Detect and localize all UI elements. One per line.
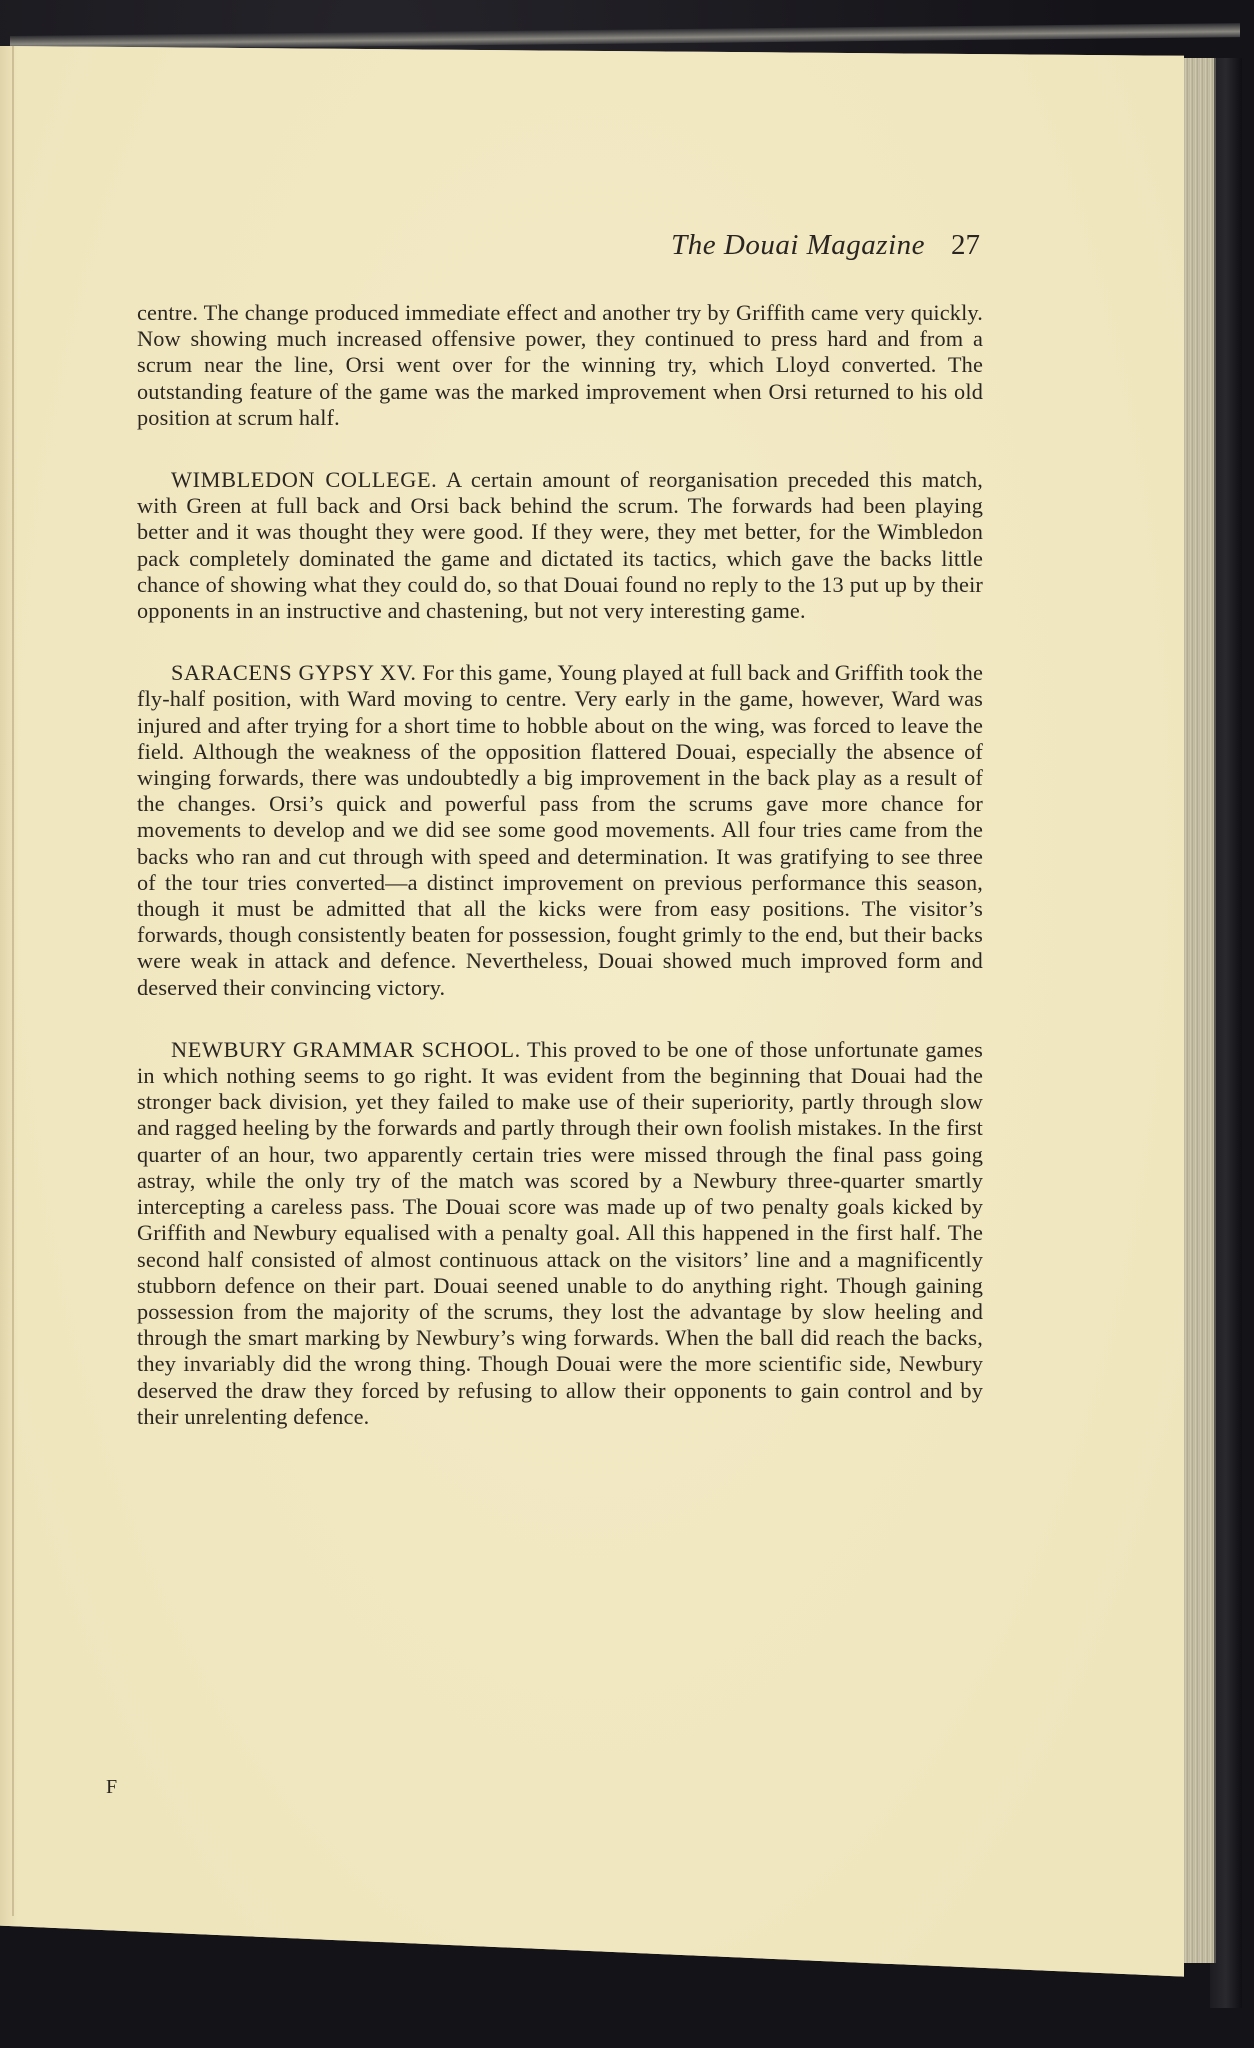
paragraph-newbury: NEWBURY GRAMMAR SCHOOL. This proved to b… <box>137 1037 983 1430</box>
match-heading: SARACENS GYPSY XV. <box>171 660 417 685</box>
paragraph-text: This proved to be one of those unfortuna… <box>137 1037 983 1429</box>
paragraph-wimbledon: WIMBLEDON COLLEGE. A certain amount of r… <box>137 467 983 624</box>
page-number: 27 <box>951 229 980 262</box>
paragraph-text: centre. The change produced immediate ef… <box>137 300 983 430</box>
page-block-edges <box>1183 58 1216 1963</box>
signature-mark: F <box>106 1776 117 1799</box>
page-gutter <box>12 46 14 1916</box>
paragraph-text: For this game, Young played at full back… <box>137 660 983 999</box>
paragraph-saracens: SARACENS GYPSY XV. For this game, Young … <box>137 660 983 1001</box>
match-heading: WIMBLEDON COLLEGE. <box>171 467 437 492</box>
publication-title: The Douai Magazine <box>671 229 925 262</box>
article-body: centre. The change produced immediate ef… <box>137 300 983 1430</box>
paragraph-continuation: centre. The change produced immediate ef… <box>137 300 983 431</box>
match-heading: NEWBURY GRAMMAR SCHOOL. <box>171 1037 521 1062</box>
running-head: The Douai Magazine 27 <box>620 229 980 262</box>
